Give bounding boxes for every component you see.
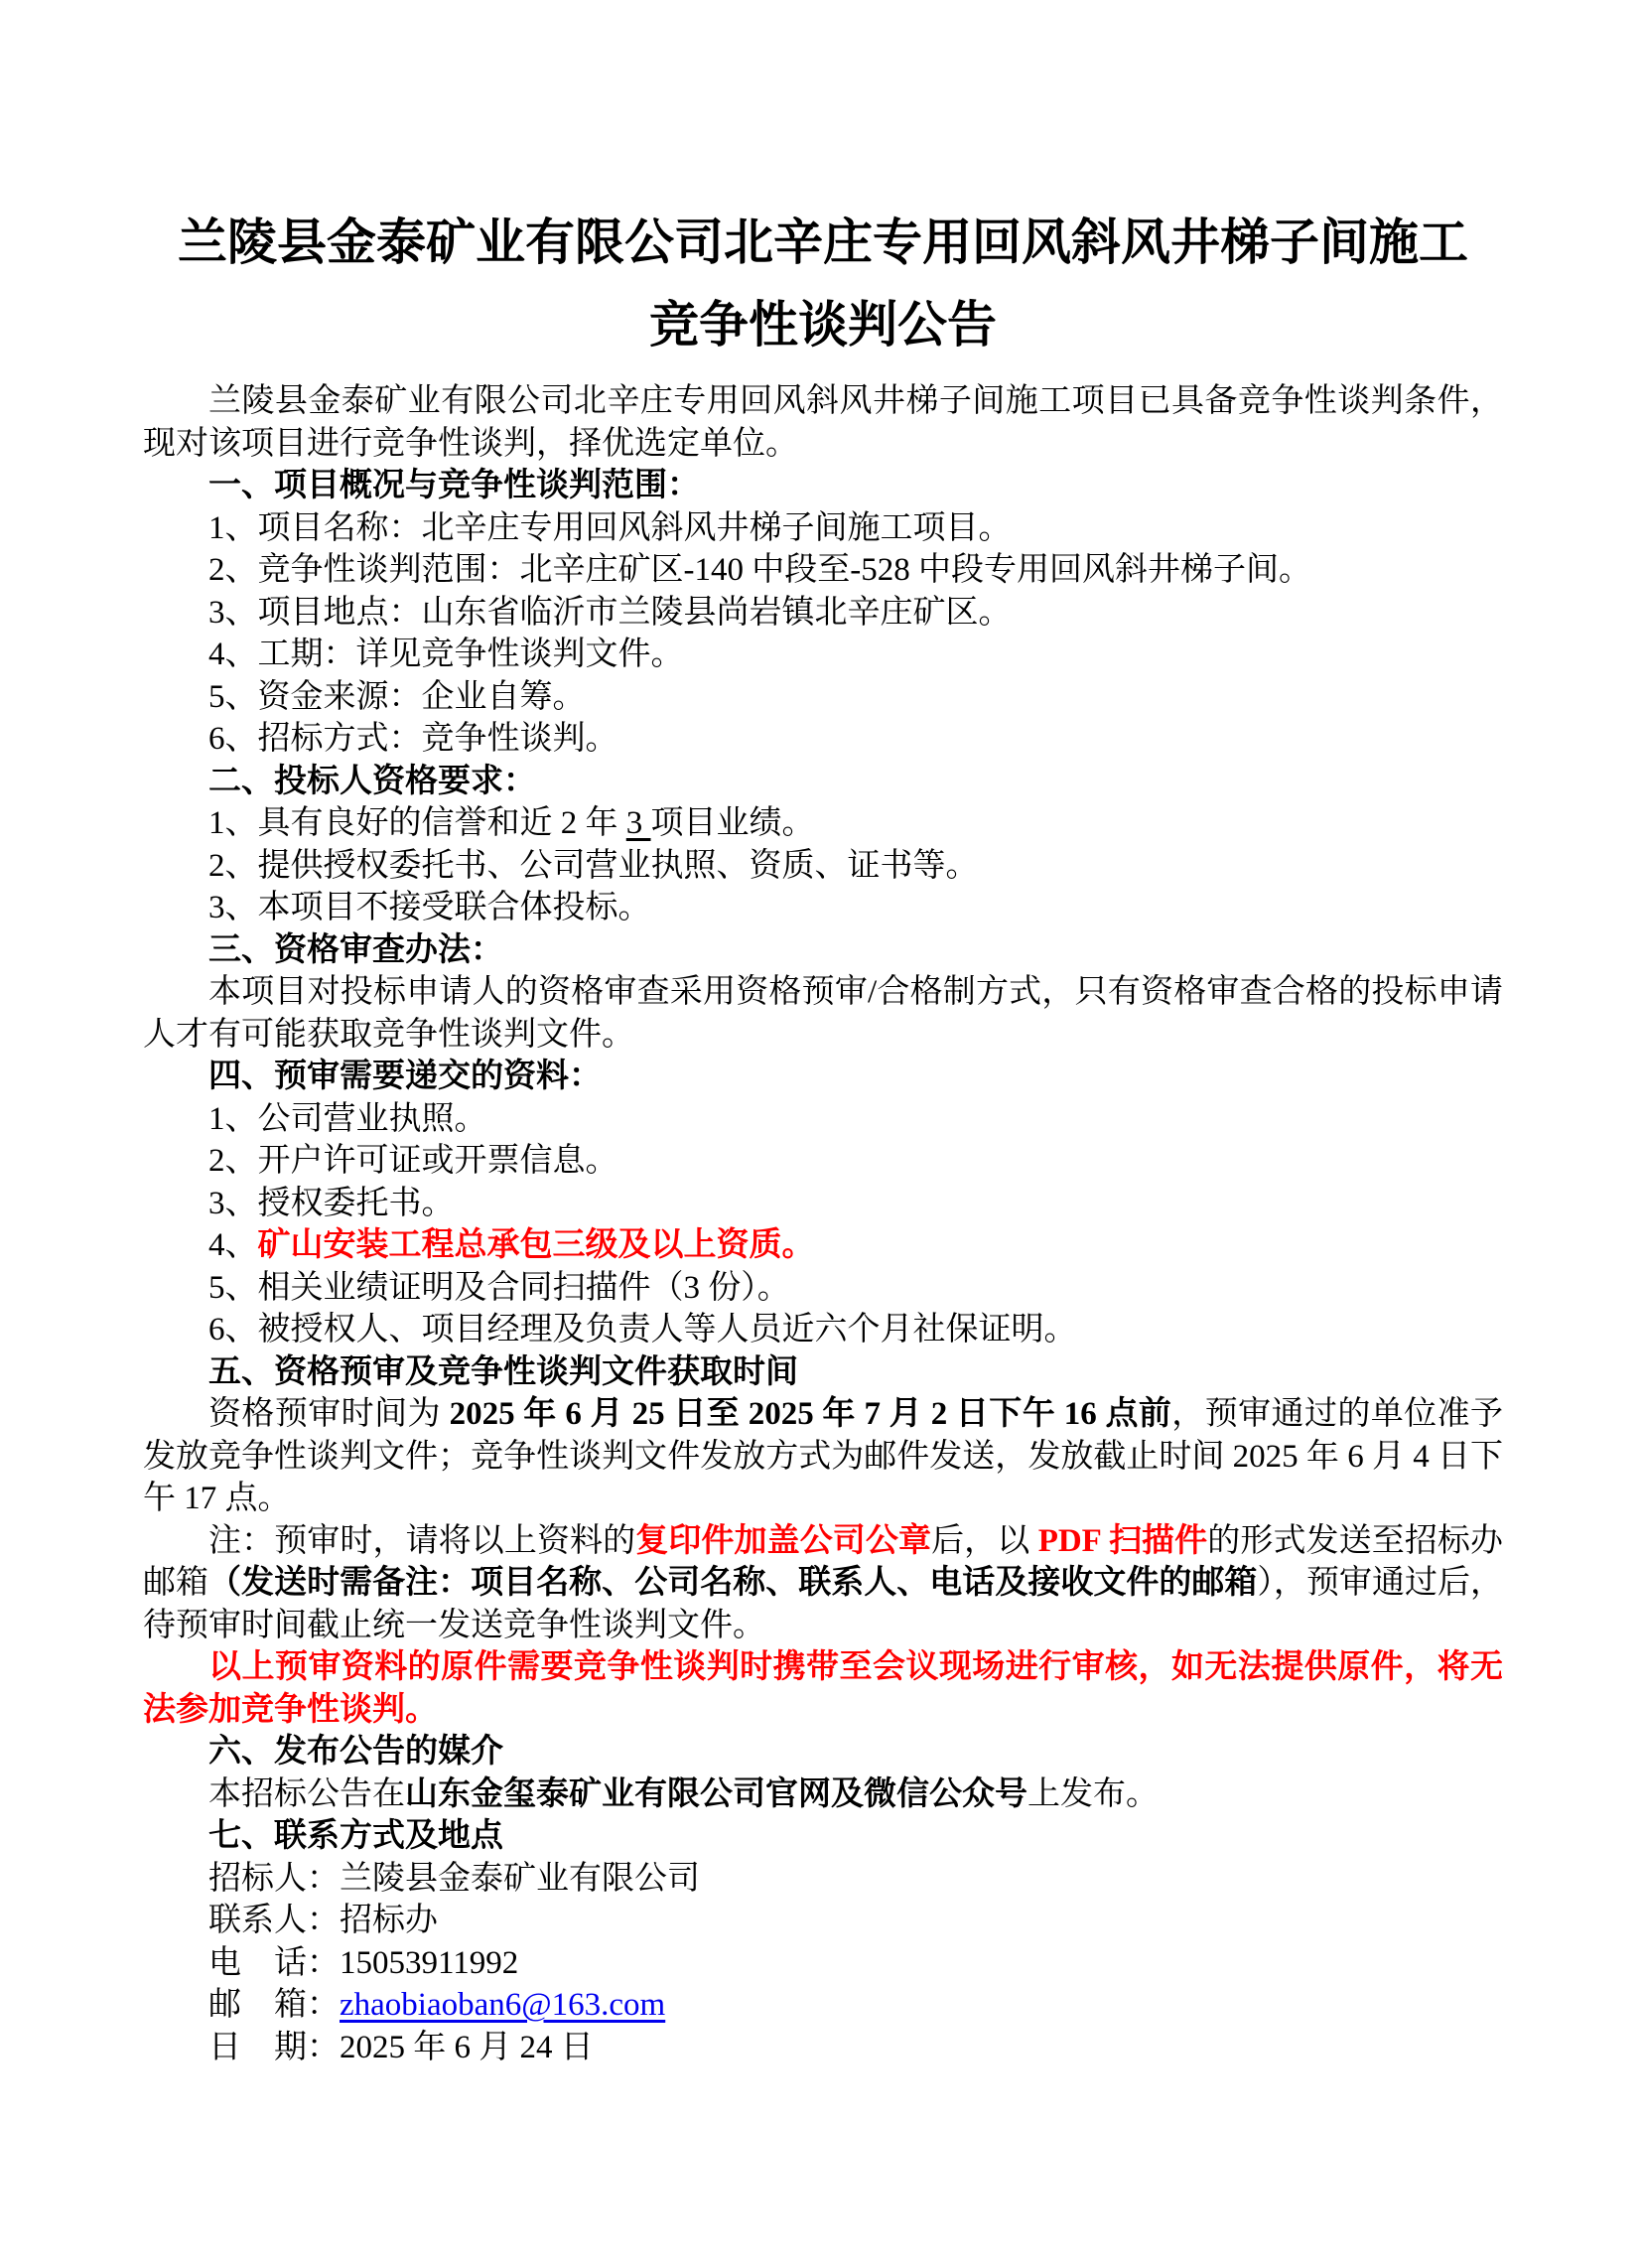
section-4-heading: 四、预审需要递交的资料： <box>143 1056 1503 1098</box>
text-run: 2、开户许可证或开票信息。 <box>208 1143 618 1179</box>
text-run: 项目业绩。 <box>651 805 815 841</box>
section-5-paragraph-1: 资格预审时间为 2025 年 6 月 25 日至 2025 年 7 月 2 日下… <box>143 1393 1503 1520</box>
text-run: 日 期：2025 年 6 月 24 日 <box>208 2030 594 2065</box>
section-1-item-6: 6、招标方式：竞争性谈判。 <box>143 718 1503 761</box>
section-2-item-1: 1、具有良好的信誉和近 2 年 3 项目业绩。 <box>143 802 1503 845</box>
section-7-heading: 七、联系方式及地点 <box>143 1815 1503 1858</box>
text-run: 上发布。 <box>1027 1776 1159 1812</box>
text-run: 本项目对投标申请人的资格审查采用资格预审/合格制方式，只有资格审查合格的投标申请… <box>143 974 1503 1053</box>
contact-phone: 电 话：15053911992 <box>143 1942 1503 1985</box>
section-6-paragraph: 本招标公告在山东金玺泰矿业有限公司官网及微信公众号上发布。 <box>143 1773 1503 1816</box>
section-5-heading: 五、资格预审及竞争性谈判文件获取时间 <box>143 1351 1503 1394</box>
text-run: 二、投标人资格要求： <box>208 764 536 799</box>
section-1-heading: 一、项目概况与竞争性谈判范围： <box>143 465 1503 507</box>
text-run: 四、预审需要递交的资料： <box>208 1059 602 1094</box>
text-run: 三、资格审查办法： <box>208 932 503 968</box>
section-3-heading: 三、资格审查办法： <box>143 929 1503 972</box>
text-run: 1、公司营业执照。 <box>208 1101 487 1137</box>
text-run: 6、被授权人、项目经理及负责人等人员近六个月社保证明。 <box>208 1312 1077 1347</box>
stamped-copies-emphasis: 复印件加盖公司公章 <box>635 1523 931 1559</box>
pdf-scan-emphasis: PDF 扫描件 <box>1038 1523 1208 1559</box>
text-run: 邮 箱： <box>208 1987 340 2023</box>
text-run: 本招标公告在 <box>208 1776 405 1812</box>
section-4-item-5: 5、相关业绩证明及合同扫描件（3 份）。 <box>143 1267 1503 1310</box>
contact-date: 日 期：2025 年 6 月 24 日 <box>143 2027 1503 2069</box>
section-2-heading: 二、投标人资格要求： <box>143 761 1503 803</box>
intro-paragraph: 兰陵县金泰矿业有限公司北辛庄专用回风斜风井梯子间施工项目已具备竞争性谈判条件，现… <box>143 380 1503 465</box>
text-run: 2、提供授权委托书、公司营业执照、资质、证书等。 <box>208 848 979 884</box>
text-run: 3、项目地点：山东省临沂市兰陵县尚岩镇北辛庄矿区。 <box>208 595 1012 631</box>
contact-email: 邮 箱：zhaobiaoban6@163.com <box>143 1984 1503 2027</box>
text-run: 竞争性谈判公告 <box>649 297 997 353</box>
text-run: 兰陵县金泰矿业有限公司北辛庄专用回风斜风井梯子间施工项目已具备竞争性谈判条件，现… <box>143 383 1503 462</box>
text-run: 电 话：15053911992 <box>208 1945 518 1981</box>
qualification-requirement-red: 矿山安装工程总承包三级及以上资质。 <box>258 1227 815 1263</box>
text-run: 六、发布公告的媒介 <box>208 1734 503 1770</box>
text-run: 一、项目概况与竞争性谈判范围： <box>208 468 700 503</box>
underlined-performance-count: 3 <box>626 805 651 841</box>
prequalification-time-window: 2025 年 6 月 25 日至 2025 年 7 月 2 日下午 16 点前 <box>450 1396 1172 1432</box>
section-4-item-3: 3、授权委托书。 <box>143 1183 1503 1225</box>
section-4-item-1: 1、公司营业执照。 <box>143 1098 1503 1141</box>
text-run: 后，以 <box>931 1523 1038 1559</box>
section-2-item-2: 2、提供授权委托书、公司营业执照、资质、证书等。 <box>143 845 1503 888</box>
text-run: 4、 <box>208 1227 258 1263</box>
text-run: 1、具有良好的信誉和近 2 年 <box>208 805 626 841</box>
section-3-paragraph: 本项目对投标申请人的资格审查采用资格预审/合格制方式，只有资格审查合格的投标申请… <box>143 971 1503 1056</box>
text-run: 6、招标方式：竞争性谈判。 <box>208 721 618 757</box>
section-2-item-3: 3、本项目不接受联合体投标。 <box>143 887 1503 929</box>
text-run: 五、资格预审及竞争性谈判文件获取时间 <box>208 1354 798 1390</box>
text-run: 注：预审时，请将以上资料的 <box>208 1523 635 1559</box>
section-5-note: 注：预审时，请将以上资料的复印件加盖公司公章后，以 PDF 扫描件的形式发送至招… <box>143 1520 1503 1647</box>
section-1-item-2: 2、竞争性谈判范围：北辛庄矿区-140 中段至-528 中段专用回风斜井梯子间。 <box>143 549 1503 592</box>
email-remark-requirements: （发送时需备注：项目名称、公司名称、联系人、电话及接收文件的邮箱 <box>208 1565 1257 1601</box>
email-link[interactable]: zhaobiaoban6@163.com <box>340 1987 665 2023</box>
section-4-item-2: 2、开户许可证或开票信息。 <box>143 1140 1503 1183</box>
text-run: 2、竞争性谈判范围：北辛庄矿区-140 中段至-528 中段专用回风斜井梯子间。 <box>208 552 1311 588</box>
warning-red-text: 以上预审资料的原件需要竞争性谈判时携带至会议现场进行审核，如无法提供原件，将无法… <box>143 1649 1503 1728</box>
section-6-heading: 六、发布公告的媒介 <box>143 1731 1503 1773</box>
text-run: 兰陵县金泰矿业有限公司北辛庄专用回风斜风井梯子间施工 <box>178 214 1468 270</box>
text-run: 联系人：招标办 <box>208 1903 438 1938</box>
text-run: 4、工期：详见竞争性谈判文件。 <box>208 637 684 672</box>
section-1-item-5: 5、资金来源：企业自筹。 <box>143 676 1503 719</box>
section-1-item-3: 3、项目地点：山东省临沂市兰陵县尚岩镇北辛庄矿区。 <box>143 592 1503 635</box>
doc-title-line-2: 竞争性谈判公告 <box>143 284 1503 366</box>
section-1-item-1: 1、项目名称：北辛庄专用回风斜风井梯子间施工项目。 <box>143 507 1503 550</box>
text-run: 3、本项目不接受联合体投标。 <box>208 890 651 925</box>
text-run: 3、授权委托书。 <box>208 1186 455 1221</box>
text-run: 七、联系方式及地点 <box>208 1818 503 1854</box>
document-page: 兰陵县金泰矿业有限公司北辛庄专用回风斜风井梯子间施工竞争性谈判公告兰陵县金泰矿业… <box>0 0 1642 2268</box>
text-run: 5、资金来源：企业自筹。 <box>208 679 586 715</box>
section-4-item-6: 6、被授权人、项目经理及负责人等人员近六个月社保证明。 <box>143 1309 1503 1351</box>
section-4-item-4: 4、矿山安装工程总承包三级及以上资质。 <box>143 1224 1503 1267</box>
document-body: 兰陵县金泰矿业有限公司北辛庄专用回风斜风井梯子间施工竞争性谈判公告兰陵县金泰矿业… <box>143 202 1503 2068</box>
section-1-item-4: 4、工期：详见竞争性谈判文件。 <box>143 634 1503 676</box>
original-documents-warning: 以上预审资料的原件需要竞争性谈判时携带至会议现场进行审核，如无法提供原件，将无法… <box>143 1646 1503 1731</box>
contact-person: 联系人：招标办 <box>143 1900 1503 1942</box>
text-run: 招标人：兰陵县金泰矿业有限公司 <box>208 1861 700 1897</box>
doc-title-line-1: 兰陵县金泰矿业有限公司北辛庄专用回风斜风井梯子间施工 <box>143 202 1503 284</box>
publication-media: 山东金玺泰矿业有限公司官网及微信公众号 <box>405 1776 1027 1812</box>
text-run: 5、相关业绩证明及合同扫描件（3 份）。 <box>208 1270 790 1306</box>
contact-tenderer: 招标人：兰陵县金泰矿业有限公司 <box>143 1858 1503 1901</box>
text-run: 1、项目名称：北辛庄专用回风斜风井梯子间施工项目。 <box>208 510 1012 546</box>
text-run: 资格预审时间为 <box>208 1396 450 1432</box>
